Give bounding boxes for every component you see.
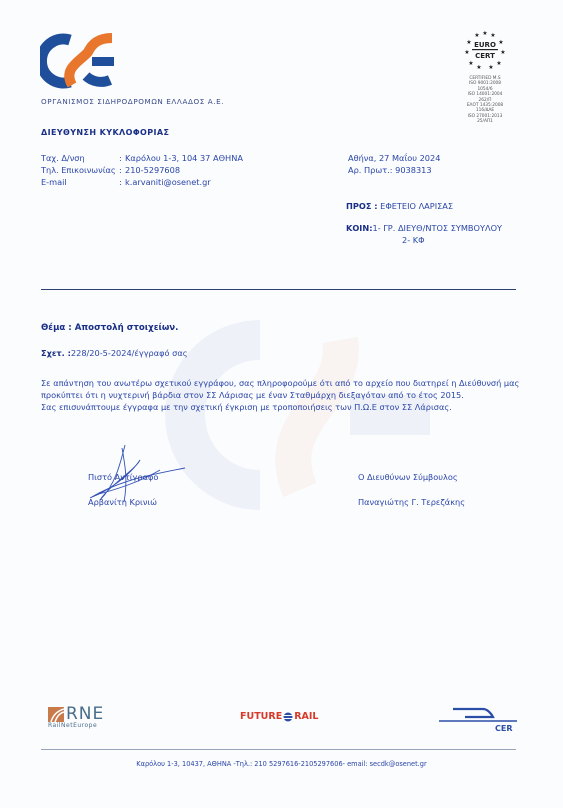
svg-text:★: ★ bbox=[488, 64, 493, 70]
futurerail-text-right: RAIL bbox=[294, 711, 318, 722]
rne-subtext: RailNetEurope bbox=[48, 722, 104, 729]
to-label: ΠΡΟΣ : bbox=[346, 201, 378, 211]
certifier-name: Αρβανίτη Κρινιώ bbox=[88, 490, 158, 515]
ceo-name: Παναγιώτης Γ. Τερεζάκης bbox=[358, 490, 465, 515]
eurocert-badge: ★★★ ★★ ★★ ★★ ★★ EURO CERT CERTIFIED M.S … bbox=[455, 30, 515, 125]
to-value: ΕΦΕΤΕΙΟ ΛΑΡΙΣΑΣ bbox=[380, 201, 453, 211]
reference-label: Σχετ. : bbox=[41, 348, 71, 358]
svg-text:CER: CER bbox=[495, 724, 513, 733]
cert-line: 25/ΑΠ1 bbox=[455, 119, 515, 124]
reference-value: 228/20-5-2024/έγγραφό σας bbox=[71, 348, 188, 358]
svg-text:★: ★ bbox=[490, 32, 495, 39]
svg-text:★: ★ bbox=[500, 49, 505, 56]
footer-address: Καρόλου 1-3, 10437, ΑΘΗΝΑ -Τηλ.: 210 529… bbox=[0, 760, 563, 768]
body-paragraph: Σας επισυνάπτουμε έγγραφα με την σχετική… bbox=[41, 401, 521, 413]
svg-text:★: ★ bbox=[464, 49, 469, 56]
svg-text:★: ★ bbox=[476, 64, 481, 70]
svg-text:★: ★ bbox=[496, 60, 501, 67]
organization-name: ΟΡΓΑΝΙΣΜΟΣ ΣΙΔΗΡΟΔΡΟΜΩΝ ΕΛΛΑΔΟΣ Α.Ε. bbox=[41, 97, 224, 106]
svg-text:CERT: CERT bbox=[475, 52, 495, 60]
eurocert-stars-icon: ★★★ ★★ ★★ ★★ ★★ EURO CERT bbox=[455, 30, 515, 70]
contact-label: Ταχ. Δ/νση bbox=[41, 152, 119, 164]
ceo-signature-block: Ο Διευθύνων Σύμβουλος Παναγιώτης Γ. Τερε… bbox=[358, 465, 465, 515]
recipient-to: ΠΡΟΣ : ΕΦΕΤΕΙΟ ΛΑΡΙΣΑΣ bbox=[346, 201, 453, 211]
header-divider bbox=[41, 289, 516, 290]
protocol-number: Αρ. Πρωτ.: 9038313 bbox=[348, 164, 440, 176]
ceo-title: Ο Διευθύνων Σύμβουλος bbox=[358, 465, 465, 490]
contact-label: E-mail bbox=[41, 176, 119, 188]
certification-list: CERTIFIED M.S ISO 9001:2008 1054/6 ISO 1… bbox=[455, 76, 515, 125]
letter-reference: Σχετ. :228/20-5-2024/έγγραφό σας bbox=[41, 348, 188, 358]
contact-row-phone: Τηλ. Επικοινωνίας : 210-5297608 bbox=[41, 164, 243, 176]
rne-logo: RNE RailNetEurope bbox=[48, 706, 104, 729]
rne-text: RNE bbox=[66, 706, 104, 722]
futurerail-logo: FUTURE RAIL bbox=[240, 711, 318, 722]
rne-mark-icon bbox=[48, 707, 64, 722]
cc-label: ΚΟΙΝ: bbox=[346, 223, 372, 233]
ose-logo bbox=[40, 30, 124, 90]
svg-text:★: ★ bbox=[468, 60, 473, 67]
svg-text:EURO: EURO bbox=[474, 41, 496, 49]
recipient-cc: ΚΟΙΝ:1- ΓΡ. ΔΙΕΥΘ/ΝΤΟΣ ΣΥΜΒΟΥΛΟΥ 2- ΚΦ bbox=[346, 222, 502, 246]
department-title: ΔΙΕΥΘΥΝΣΗ ΚΥΚΛΟΦΟΡΙΑΣ bbox=[41, 128, 169, 137]
contact-value: 210-5297608 bbox=[125, 164, 180, 176]
letter-date: Αθήνα, 27 Μαΐου 2024 bbox=[348, 152, 440, 164]
contact-label: Τηλ. Επικοινωνίας bbox=[41, 164, 119, 176]
contact-row-address: Ταχ. Δ/νση : Καρόλου 1-3, 104 37 ΑΘΗΝΑ bbox=[41, 152, 243, 164]
svg-text:★: ★ bbox=[498, 39, 503, 46]
certified-copy-block: Πιστό Αντίγραφο Αρβανίτη Κρινιώ bbox=[88, 465, 158, 515]
letter-subject: Θέμα : Αποστολή στοιχείων. bbox=[41, 323, 178, 333]
certified-copy-label: Πιστό Αντίγραφο bbox=[88, 465, 158, 490]
futurerail-text-left: FUTURE bbox=[240, 711, 282, 722]
cer-logo: CER bbox=[435, 703, 520, 733]
svg-text:★: ★ bbox=[482, 30, 487, 37]
svg-text:★: ★ bbox=[474, 32, 479, 39]
svg-text:★: ★ bbox=[466, 39, 471, 46]
date-protocol-block: Αθήνα, 27 Μαΐου 2024 Αρ. Πρωτ.: 9038313 bbox=[348, 152, 440, 176]
globe-stripes-icon bbox=[283, 712, 293, 722]
contact-email-link[interactable]: k.arvaniti@osenet.gr bbox=[125, 176, 211, 188]
cc-item: 2- ΚΦ bbox=[346, 234, 502, 246]
letter-body: Σε απάντηση του ανωτέρω σχετικού εγγράφο… bbox=[41, 377, 521, 413]
cc-item: 1- ΓΡ. ΔΙΕΥΘ/ΝΤΟΣ ΣΥΜΒΟΥΛΟΥ bbox=[372, 223, 502, 233]
contact-row-email: E-mail : k.arvaniti@osenet.gr bbox=[41, 176, 243, 188]
body-paragraph: Σε απάντηση του ανωτέρω σχετικού εγγράφο… bbox=[41, 377, 521, 401]
sender-contact-block: Ταχ. Δ/νση : Καρόλου 1-3, 104 37 ΑΘΗΝΑ Τ… bbox=[41, 152, 243, 188]
contact-value: Καρόλου 1-3, 104 37 ΑΘΗΝΑ bbox=[125, 152, 243, 164]
footer-divider bbox=[41, 749, 516, 750]
